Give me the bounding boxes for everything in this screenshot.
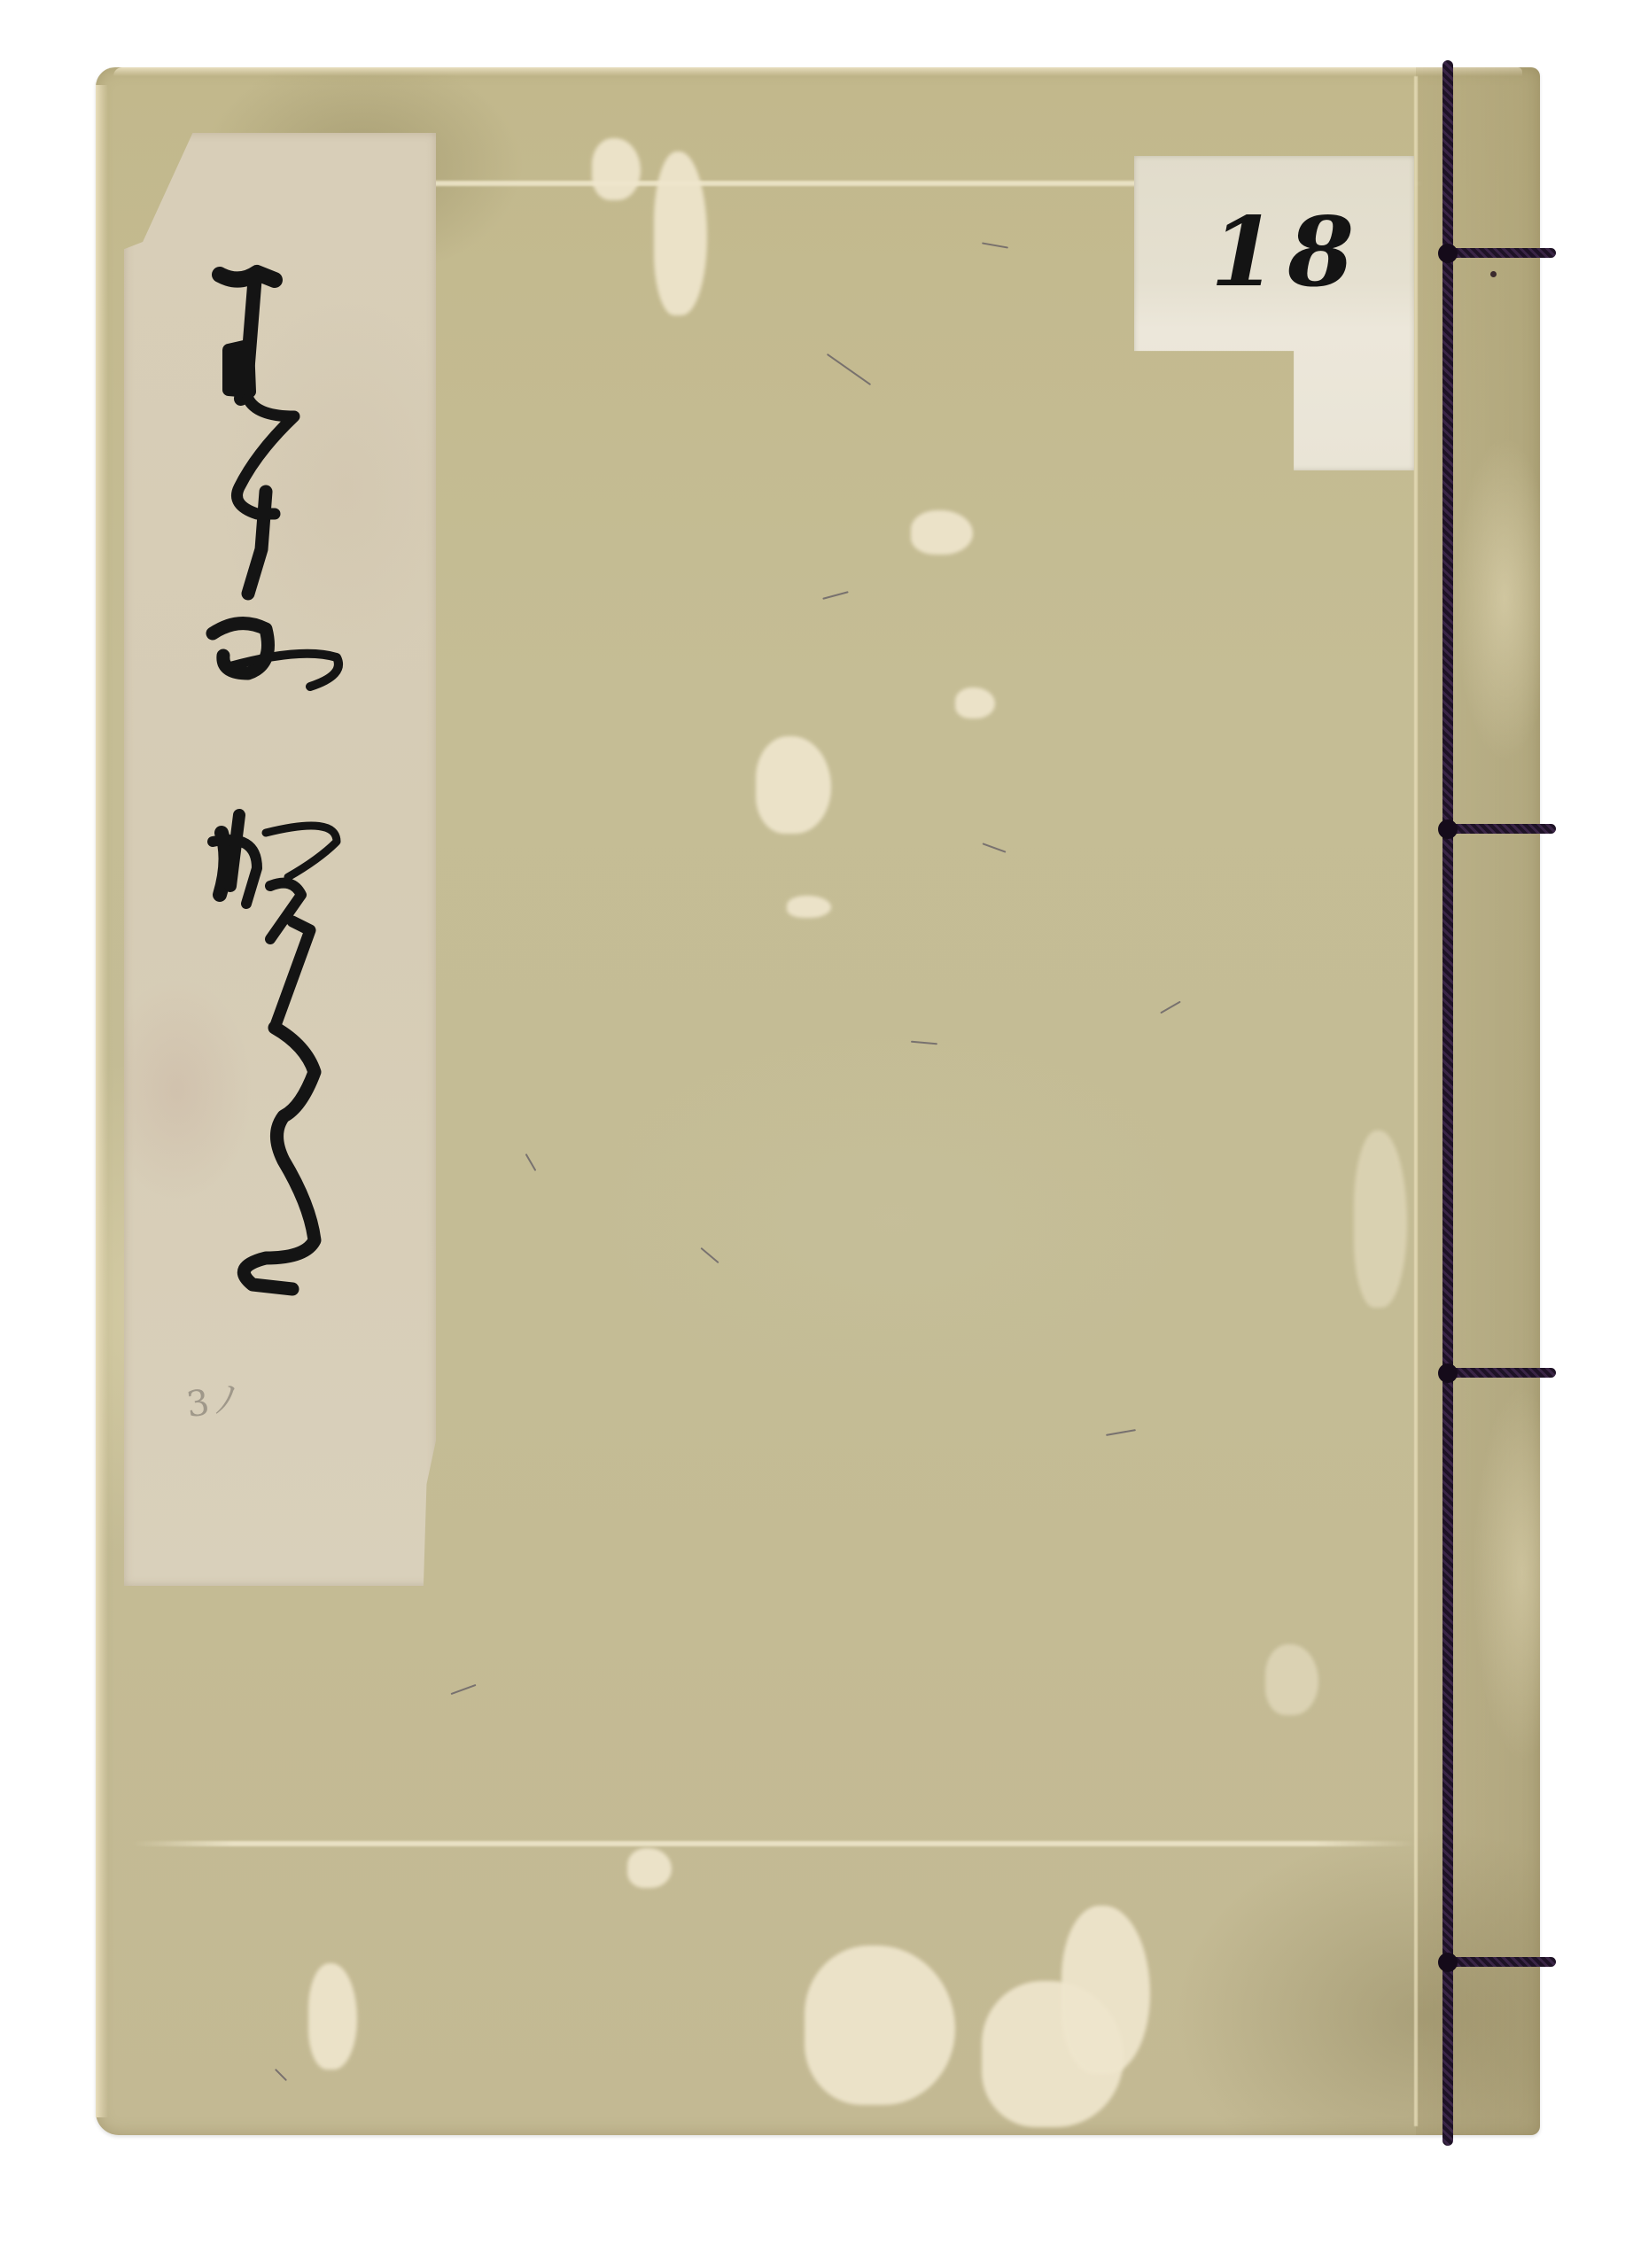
volume-number: 18 — [1210, 197, 1365, 308]
binding-knot-2 — [1438, 819, 1458, 839]
binding-tie-4 — [1444, 1957, 1556, 1967]
paper-fiber — [1106, 1429, 1136, 1436]
binding-hole — [1490, 271, 1497, 277]
binding-knot-1 — [1438, 244, 1458, 263]
paper-fiber — [700, 1247, 719, 1263]
title-slip: 3ノ — [124, 133, 436, 1586]
wear-spot — [805, 1946, 955, 2105]
wear-spot — [308, 1963, 357, 2070]
cover-left-edge — [96, 85, 108, 2117]
paper-fiber — [822, 591, 848, 600]
binding-knot-3 — [1438, 1363, 1458, 1383]
wear-spot — [1265, 1644, 1318, 1715]
wear-spot — [654, 151, 707, 315]
number-label: 18 — [1134, 156, 1414, 470]
wear-spot — [756, 736, 831, 834]
wear-spot — [911, 510, 973, 555]
paper-fiber — [827, 353, 871, 385]
cover-top-edge — [113, 67, 1522, 76]
wear-spot — [955, 687, 995, 718]
binding-knot-4 — [1438, 1953, 1458, 1972]
paper-fiber — [983, 843, 1007, 852]
binding-tie-1 — [1444, 248, 1556, 258]
binding-tie-3 — [1444, 1368, 1556, 1378]
paper-fiber — [1160, 1001, 1181, 1014]
calligraphy-title — [124, 133, 436, 1586]
paper-fiber — [275, 2069, 287, 2081]
binding-cord-vertical — [1442, 60, 1453, 2146]
wear-spot — [1061, 1906, 1150, 2074]
book-cover: 3ノ 18 — [96, 67, 1540, 2135]
pencil-annotation: 3ノ — [183, 1370, 247, 1428]
spine-fold-line — [1414, 76, 1418, 2126]
spine-strip — [1416, 67, 1540, 2135]
paper-fiber — [451, 1684, 477, 1695]
wear-spot — [1354, 1130, 1407, 1308]
crease-line-bottom — [131, 1841, 1416, 1846]
paper-fiber — [525, 1153, 537, 1171]
paper-fiber — [911, 1041, 937, 1045]
binding-tie-2 — [1444, 824, 1556, 834]
wear-spot — [787, 896, 831, 918]
paper-fiber — [982, 242, 1008, 248]
wear-spot — [592, 138, 641, 200]
wear-spot — [627, 1848, 672, 1888]
